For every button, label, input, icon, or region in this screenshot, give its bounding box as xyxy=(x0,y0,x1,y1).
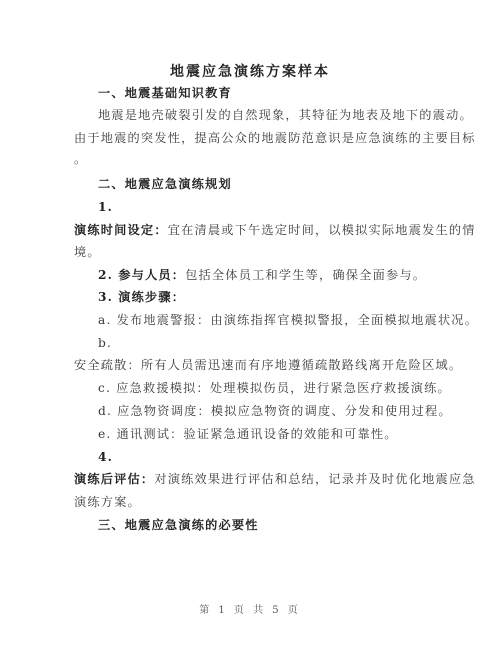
step-item: a. 发布地震警报：由演练指挥官模拟警报，全面模拟地震状况。 xyxy=(98,312,478,328)
document-title: 地震应急演练方案样本 xyxy=(0,64,500,80)
step-item: d. 应急物资调度：模拟应急物资的调度、分发和使用过程。 xyxy=(98,403,452,419)
list-item: 演练时间设定：宜在清晨或下午选定时间，以模拟实际地震发生的情 xyxy=(74,222,476,238)
section-heading-1: 一、地震基础知识教育 xyxy=(98,85,232,101)
item-text: 包括全体员工和学生等，确保全面参与。 xyxy=(185,268,426,282)
section-heading-2: 二、地震应急演练规划 xyxy=(98,176,232,192)
item-number: 2. xyxy=(98,268,113,282)
item-label: 参与人员： xyxy=(118,268,185,282)
item-text: 宜在清晨或下午选定时间，以模拟实际地震发生的情 xyxy=(168,223,476,237)
list-item: 3. 演练步骤： xyxy=(98,289,185,305)
item-label: 演练后评估： xyxy=(74,472,154,486)
paragraph-line: 演练方案。 xyxy=(74,494,141,510)
step-item: 安全疏散：所有人员需迅速而有序地遵循疏散路线离开危险区域。 xyxy=(74,357,462,373)
paragraph-line: 地震是地壳破裂引发的自然现象，其特征为地表及地下的震动。 xyxy=(98,107,473,123)
section-heading-3: 三、地震应急演练的必要性 xyxy=(98,517,259,533)
list-item: 演练后评估：对演练效果进行评估和总结，记录并及时优化地震应急 xyxy=(74,471,476,487)
page-indicator: 第 1 页 共 5 页 xyxy=(0,601,500,616)
paragraph-line: 。 xyxy=(74,151,87,167)
list-number: 1. xyxy=(98,199,113,215)
item-text: 对演练效果进行评估和总结，记录并及时优化地震应急 xyxy=(154,472,475,486)
list-number: 4. xyxy=(98,449,113,465)
item-number: 3. xyxy=(98,290,113,304)
step-item: e. 通讯测试：验证紧急通讯设备的效能和可靠性。 xyxy=(98,426,398,442)
list-item: 2. 参与人员：包括全体员工和学生等，确保全面参与。 xyxy=(98,267,426,283)
paragraph-line: 由于地震的突发性，提高公众的地震防范意识是应急演练的主要目标 xyxy=(74,130,476,146)
step-number: b. xyxy=(98,335,112,351)
item-label: 演练时间设定： xyxy=(74,223,168,237)
step-item: c. 应急救援模拟：处理模拟伤员，进行紧急医疗救援演练。 xyxy=(98,380,451,396)
item-label: 演练步骤： xyxy=(118,290,185,304)
paragraph-line: 境。 xyxy=(74,244,101,260)
